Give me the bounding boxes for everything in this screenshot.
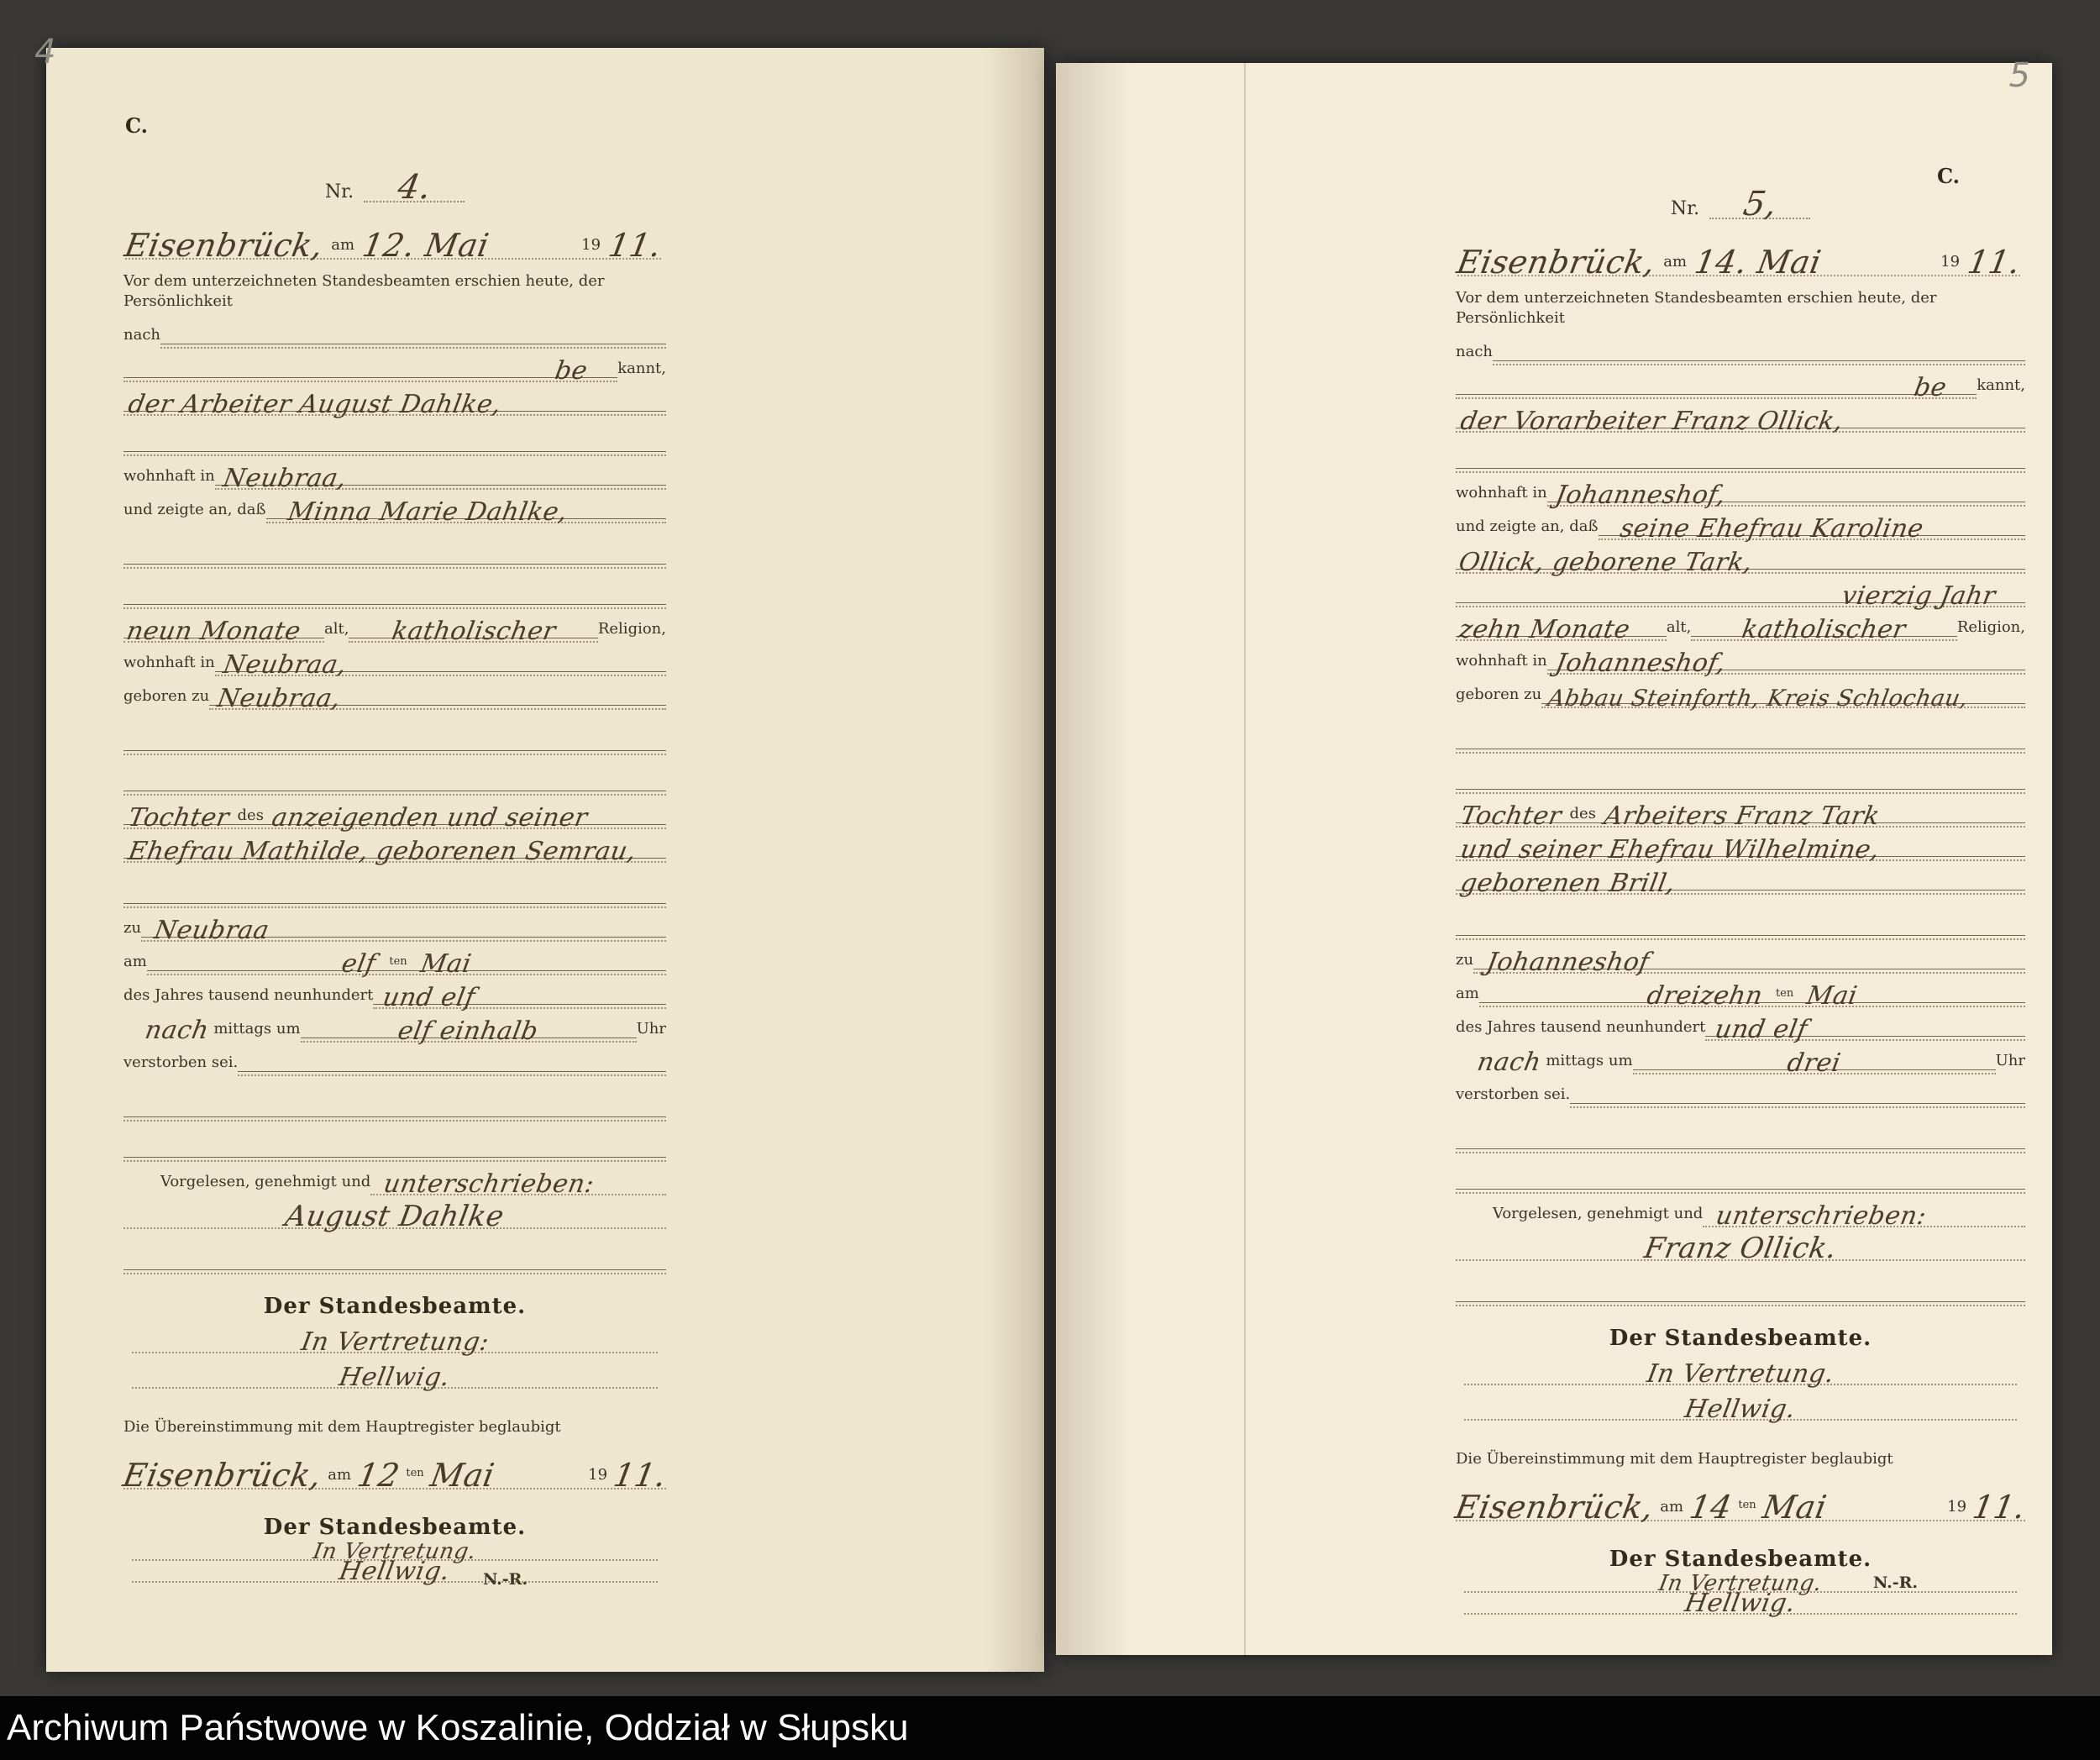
ruled-line-blank xyxy=(123,576,666,610)
record-number-row: Nr. 5, xyxy=(1456,172,2025,219)
record-number-row: Nr. 4. xyxy=(123,155,666,202)
standesbeamte-heading: Der Standesbeamte. xyxy=(123,1294,666,1319)
rule xyxy=(1456,1274,2025,1307)
form-line-nach: nach xyxy=(1456,333,2025,366)
ruled-line-blank xyxy=(1456,1274,2025,1307)
official-signature-row: Hellwig. xyxy=(1464,1386,2017,1421)
rule: Johanneshof, xyxy=(1547,474,2025,507)
zeigte-label: und zeigte an, daß xyxy=(1456,517,1599,541)
nach-label: nach xyxy=(1456,343,1493,366)
rule xyxy=(1456,1121,2025,1154)
geboren-label: geboren zu xyxy=(1456,686,1541,709)
handwritten-year: 11. xyxy=(606,229,664,261)
religion-label: Religion, xyxy=(1957,618,2025,642)
rule xyxy=(123,763,666,796)
cert-year: 11. xyxy=(612,1459,669,1491)
cert-ten-label: ten xyxy=(1738,1499,1756,1520)
mittags-label: mittags um xyxy=(1546,1052,1632,1075)
handwritten-year-words: und elf xyxy=(381,985,478,1011)
cert-place: Eisenbrück, xyxy=(1453,1491,1656,1523)
handwritten-death-time: drei xyxy=(1785,1051,1842,1076)
form-line-deceased: und zeigte an, daß Minna Marie Dahlke, xyxy=(123,491,666,524)
ruled-line-blank xyxy=(123,875,666,909)
handwritten-religion: katholischer xyxy=(390,619,558,644)
form-line-death-day: am dreizehn ten Mai xyxy=(1456,975,2025,1008)
rule xyxy=(123,536,666,570)
nach-label: nach xyxy=(123,326,160,349)
official-signature-row: Hellwig. xyxy=(132,1354,658,1390)
ruled-line-blank xyxy=(1456,1121,2025,1154)
rule: vierzig Jahr xyxy=(1456,575,2025,608)
form-line-residence: wohnhaft in Johanneshof, xyxy=(1456,474,2025,507)
rule xyxy=(123,722,666,756)
rule: In Vertretung: xyxy=(132,1319,658,1354)
rule: Franz Ollick. xyxy=(1456,1228,2025,1262)
form-line-residence2: wohnhaft in Johanneshof, xyxy=(1456,642,2025,675)
rule xyxy=(123,423,666,457)
ruled-line-blank xyxy=(123,1129,666,1163)
handwritten-unterschrieben: unterschrieben: xyxy=(1714,1204,1929,1229)
uhr-label: Uhr xyxy=(637,1020,666,1043)
form-line-death-time: nach mittags um drei Uhr xyxy=(1456,1042,2025,1075)
rule xyxy=(123,576,666,610)
rule: Neubraa, xyxy=(215,644,666,677)
declarant-signature: August Dahlke xyxy=(283,1202,507,1231)
alt-label: alt, xyxy=(1667,618,1691,642)
alt-label: alt, xyxy=(324,620,349,644)
rule: Hellwig. xyxy=(1464,1590,2017,1616)
handwritten-place: Eisenbrück, xyxy=(123,229,326,261)
handwritten-tochter: Tochter xyxy=(1458,804,1563,829)
rule xyxy=(160,316,666,349)
rule: August Dahlke xyxy=(123,1196,666,1230)
form-line-signature: August Dahlke xyxy=(123,1196,666,1230)
rule: In Vertretung. xyxy=(1464,1351,2017,1386)
handwritten-birthplace: Neubraa, xyxy=(216,686,343,712)
handwritten-parents2: und seiner Ehefrau Wilhelmine, xyxy=(1458,838,1881,863)
form-line-age-religion: neun Monate alt, katholischer Religion, xyxy=(123,610,666,644)
handwritten-birthplace: Abbau Steinforth, Kreis Schlochau, xyxy=(1546,687,1970,710)
rule xyxy=(123,1089,666,1122)
handwritten-date: 12. Mai xyxy=(360,229,491,261)
rule: der Vorarbeiter Franz Ollick, xyxy=(1456,400,2025,433)
rule: Hellwig. xyxy=(132,1558,658,1584)
form-line-birthplace: geboren zu Neubraa, xyxy=(123,677,666,711)
vorgelesen-label: Vorgelesen, genehmigt und xyxy=(1493,1205,1703,1228)
form-line-death-year: des Jahres tausend neunhundert und elf xyxy=(1456,1008,2025,1042)
cert-day: 14 xyxy=(1688,1491,1735,1523)
form-line-declarant: der Arbeiter August Dahlke, xyxy=(123,383,666,417)
certification-sentence: Die Übereinstimmung mit dem Hauptregiste… xyxy=(123,1418,666,1436)
handwritten-parents1: Arbeiters Franz Tark xyxy=(1602,804,1882,829)
ruled-line-blank xyxy=(1456,721,2025,754)
form-line-verstorben: verstorben sei. xyxy=(123,1043,666,1077)
verstorben-label: verstorben sei. xyxy=(123,1053,238,1077)
form-line-vorgelesen: Vorgelesen, genehmigt und unterschrieben… xyxy=(1456,1195,2025,1228)
handwritten-age: neun Monate xyxy=(124,619,302,644)
kannt-label: kannt, xyxy=(1977,376,2025,400)
handwritten-declarant: der Vorarbeiter Franz Ollick, xyxy=(1458,409,1845,434)
register-page-5: 5 C. Nr. 5, Eisenbrück, am 14. Mai 19 11… xyxy=(1056,63,2052,1655)
am-label: am xyxy=(331,236,354,258)
ruled-line-blank xyxy=(123,1089,666,1122)
rule: und elf xyxy=(1705,1008,2025,1042)
declarant-signature: Franz Ollick. xyxy=(1642,1234,1839,1263)
ruled-line-blank xyxy=(123,763,666,796)
wohnhaft-label: wohnhaft in xyxy=(1456,484,1547,507)
handwritten-age-years: vierzig Jahr xyxy=(1840,584,1998,609)
rule: be xyxy=(123,349,617,383)
rule: elf ten Mai xyxy=(147,943,666,976)
handwritten-residence2: Neubraa, xyxy=(221,653,348,678)
verstorben-label: verstorben sei. xyxy=(1456,1085,1570,1109)
rule: Neubraa xyxy=(141,909,666,943)
wohnhaft2-label: wohnhaft in xyxy=(1456,652,1547,675)
vorgelesen-label: Vorgelesen, genehmigt und xyxy=(160,1173,370,1196)
handwritten-death-month: Mai xyxy=(1805,984,1860,1009)
rule xyxy=(1456,721,2025,754)
rule: unterschrieben: xyxy=(370,1163,666,1196)
form-line-death-place: zu Johanneshof xyxy=(1456,941,2025,975)
handwritten-tochter: Tochter xyxy=(126,806,231,831)
intro-sentence: Vor dem unterzeichneten Standesbeamten e… xyxy=(123,271,666,313)
handwritten-parents3: geborenen Brill, xyxy=(1458,871,1677,896)
ruled-line-blank xyxy=(1456,440,2025,474)
nr-label: Nr. xyxy=(325,181,354,202)
register-page-4: 4 C. Nr. 4. Eisenbrück, am 12. Mai 19 11… xyxy=(46,48,1044,1672)
rule: Ollick, geborene Tark, xyxy=(1456,541,2025,575)
form-line-residence: wohnhaft in Neubraa, xyxy=(123,457,666,491)
ruled-line-blank xyxy=(1456,907,2025,941)
form-line-parents2: und seiner Ehefrau Wilhelmine, xyxy=(1456,828,2025,862)
rule: be xyxy=(1456,366,1977,400)
handwritten-death-place: Neubraa xyxy=(152,918,270,943)
handwritten-declarant: der Arbeiter August Dahlke, xyxy=(126,392,503,418)
handwritten-year-words: und elf xyxy=(1714,1017,1810,1043)
rule: Tochter des Arbeiters Franz Tark xyxy=(1456,795,2025,828)
nr-label: Nr. xyxy=(1671,198,1699,219)
rule: zehn Monate xyxy=(1456,608,1667,642)
rule xyxy=(1456,1161,2025,1195)
certification-sentence: Die Übereinstimmung mit dem Hauptregiste… xyxy=(1456,1450,2025,1468)
handwritten-nach: nach xyxy=(143,1018,211,1043)
form-line-death-time: nach mittags um elf einhalb Uhr xyxy=(123,1010,666,1043)
cert-place: Eisenbrück, xyxy=(121,1459,324,1491)
form-line-residence2: wohnhaft in Neubraa, xyxy=(123,644,666,677)
rule xyxy=(123,1129,666,1163)
official-signature: Hellwig. xyxy=(1683,1397,1798,1422)
rule xyxy=(1456,761,2025,795)
official-signature: Hellwig. xyxy=(338,1365,452,1390)
record-number-value: 4. xyxy=(395,171,433,204)
wohnhaft-label: wohnhaft in xyxy=(123,467,215,491)
form-line-death-year: des Jahres tausend neunhundert und elf xyxy=(123,976,666,1010)
handwritten-religion: katholischer xyxy=(1740,617,1908,643)
archive-name: Archiwum Państwowe w Koszalinie, Oddział… xyxy=(7,1707,909,1749)
cert-year: 11. xyxy=(1971,1491,2029,1523)
form-line-vorgelesen: Vorgelesen, genehmigt und unterschrieben… xyxy=(123,1163,666,1196)
handwritten-date: 14. Mai xyxy=(1693,246,1824,278)
rule: Hellwig. xyxy=(1464,1386,2017,1421)
handwritten-residence2: Johanneshof, xyxy=(1553,651,1727,676)
certification-date-row: Eisenbrück, am 14 ten Mai 19 11. xyxy=(1456,1468,2025,1521)
handwritten-death-day: dreizehn xyxy=(1645,984,1764,1009)
archive-watermark-bar: Archiwum Państwowe w Koszalinie, Oddział… xyxy=(0,1696,2100,1760)
rule: Johanneshof xyxy=(1473,941,2025,975)
standesbeamte-heading: Der Standesbeamte. xyxy=(1456,1326,2025,1351)
form-print-mark: N.-R. xyxy=(1873,1573,1918,1592)
rule: Tochter des anzeigenden und seiner xyxy=(123,796,666,830)
rule xyxy=(238,1043,666,1077)
ruled-line-blank xyxy=(1456,1161,2025,1195)
rule: elf einhalb xyxy=(301,1010,637,1043)
form-line-age-extra: vierzig Jahr xyxy=(1456,575,2025,608)
des-label: des xyxy=(238,806,264,830)
form-line-deceased-2: Ollick, geborene Tark, xyxy=(1456,541,2025,575)
rule: Minna Marie Dahlke, xyxy=(266,491,667,524)
year-prefix: 19 xyxy=(1940,253,1960,275)
cert-am-label: am xyxy=(328,1466,351,1488)
handwritten-deceased-name: Minna Marie Dahlke, xyxy=(286,500,569,525)
rule: dreizehn ten Mai xyxy=(1479,975,2025,1008)
des-label: des xyxy=(1570,805,1596,828)
handwritten-death-place: Johanneshof xyxy=(1484,950,1651,975)
handwritten-parents2: Ehefrau Mathilde, geborenen Semrau, xyxy=(126,839,638,864)
ruled-line-blank xyxy=(123,1242,666,1275)
form-print-mark: N.-R. xyxy=(483,1570,528,1589)
rule: der Arbeiter August Dahlke, xyxy=(123,383,666,417)
handwritten-deceased-name: seine Ehefrau Karoline xyxy=(1618,517,1925,542)
mittags-label: mittags um xyxy=(213,1020,300,1043)
year-prefix: 19 xyxy=(581,236,601,258)
pencil-page-number: 4 xyxy=(34,33,55,71)
rule: und seiner Ehefrau Wilhelmine, xyxy=(1456,828,2025,862)
form-line-parents1: Tochter des anzeigenden und seiner xyxy=(123,796,666,830)
form-line-death-place: zu Neubraa xyxy=(123,909,666,943)
uhr-label: Uhr xyxy=(1996,1052,2025,1075)
geboren-label: geboren zu xyxy=(123,687,209,711)
handwritten-be: be xyxy=(554,359,590,384)
official-signature-row-2: Hellwig. xyxy=(1464,1590,2017,1616)
handwritten-place: Eisenbrück, xyxy=(1455,246,1658,278)
ten-label: ten xyxy=(389,955,407,976)
handwritten-residence: Neubraa, xyxy=(221,466,348,491)
rule: Hellwig. xyxy=(132,1354,658,1390)
cert-am-label: am xyxy=(1660,1498,1683,1520)
rule: katholischer xyxy=(349,610,597,644)
am-label: am xyxy=(1663,253,1687,275)
rule xyxy=(1456,907,2025,941)
handwritten-parents1: anzeigenden und seiner xyxy=(270,806,589,831)
handwritten-nach: nach xyxy=(1475,1050,1543,1075)
rule: Neubraa, xyxy=(209,677,666,711)
ruled-line-blank xyxy=(123,423,666,457)
record-number-underline: 4. xyxy=(364,171,465,202)
rule xyxy=(1493,333,2025,366)
handwritten-deceased-name-2: Ollick, geborene Tark, xyxy=(1457,550,1754,575)
rule: Johanneshof, xyxy=(1547,642,2025,675)
rule xyxy=(1570,1075,2025,1109)
handwritten-death-day: elf xyxy=(340,952,378,977)
form-line-parents1: Tochter des Arbeiters Franz Tark xyxy=(1456,795,2025,828)
jahres-label: des Jahres tausend neunhundert xyxy=(1456,1018,1705,1042)
rule: katholischer xyxy=(1691,608,1957,642)
handwritten-unterschrieben: unterschrieben: xyxy=(382,1172,596,1197)
record-number-underline: 5, xyxy=(1709,187,1810,219)
jahres-label: des Jahres tausend neunhundert xyxy=(123,986,373,1010)
vertretung-row: In Vertretung. xyxy=(1464,1351,2017,1386)
form-line-death-day: am elf ten Mai xyxy=(123,943,666,976)
ruled-line-blank xyxy=(123,722,666,756)
kannt-label: kannt, xyxy=(617,360,666,383)
handwritten-residence: Johanneshof, xyxy=(1553,483,1727,508)
intro-sentence: Vor dem unterzeichneten Standesbeamten e… xyxy=(1456,288,2025,329)
rule: drei xyxy=(1633,1042,1996,1075)
handwritten-death-time: elf einhalb xyxy=(396,1019,540,1044)
ruled-line-blank xyxy=(123,536,666,570)
form-line-nach: nach xyxy=(123,316,666,349)
vertretung-row: In Vertretung: xyxy=(132,1319,658,1354)
rule: Neubraa, xyxy=(215,457,666,491)
zeigte-label: und zeigte an, daß xyxy=(123,501,266,524)
form-line-verstorben: verstorben sei. xyxy=(1456,1075,2025,1109)
cert-day: 12 xyxy=(355,1459,402,1491)
rule: geborenen Brill, xyxy=(1456,862,2025,896)
rule: unterschrieben: xyxy=(1703,1195,2025,1228)
am2-label: am xyxy=(1456,985,1479,1008)
zu-label: zu xyxy=(123,919,141,943)
record-number-value: 5, xyxy=(1740,187,1779,221)
form-line-declarant: der Vorarbeiter Franz Ollick, xyxy=(1456,400,2025,433)
handwritten-vertretung: In Vertretung. xyxy=(1645,1362,1836,1387)
certification-date-row: Eisenbrück, am 12 ten Mai 19 11. xyxy=(123,1436,666,1489)
rule: Abbau Steinforth, Kreis Schlochau, xyxy=(1541,675,2025,709)
rule: seine Ehefrau Karoline xyxy=(1599,507,2026,541)
place-date-row: Eisenbrück, am 12. Mai 19 11. xyxy=(125,204,661,260)
form-line-bekannt: be kannt, xyxy=(123,349,666,383)
official-signature-row-2: Hellwig. xyxy=(132,1558,658,1584)
rule: und elf xyxy=(373,976,666,1010)
form-line-parents2: Ehefrau Mathilde, geborenen Semrau, xyxy=(123,830,666,864)
handwritten-death-month: Mai xyxy=(418,952,473,977)
cert-month: Mai xyxy=(1760,1491,1829,1523)
cert-year-prefix: 19 xyxy=(588,1466,607,1488)
form-line-bekannt: be kannt, xyxy=(1456,366,2025,400)
rule: Ehefrau Mathilde, geborenen Semrau, xyxy=(123,830,666,864)
form-line-deceased: und zeigte an, daß seine Ehefrau Karolin… xyxy=(1456,507,2025,541)
form-line-birthplace: geboren zu Abbau Steinforth, Kreis Schlo… xyxy=(1456,675,2025,709)
cert-month: Mai xyxy=(428,1459,496,1491)
form-line-parents3: geborenen Brill, xyxy=(1456,862,2025,896)
cert-ten-label: ten xyxy=(406,1467,423,1488)
official-signature-2: Hellwig. xyxy=(338,1559,452,1584)
handwritten-be: be xyxy=(1913,376,1949,401)
handwritten-vertretung: In Vertretung: xyxy=(299,1330,491,1355)
handwritten-year: 11. xyxy=(1966,246,2024,278)
am2-label: am xyxy=(123,953,147,976)
cert-year-prefix: 19 xyxy=(1947,1498,1966,1520)
handwritten-age: zehn Monate xyxy=(1457,617,1631,643)
rule xyxy=(1456,440,2025,474)
rule xyxy=(123,1242,666,1275)
ten-label: ten xyxy=(1776,987,1793,1008)
ruled-line-blank xyxy=(1456,761,2025,795)
rule: neun Monate xyxy=(123,610,324,644)
official-signature-2: Hellwig. xyxy=(1683,1591,1798,1616)
religion-label: Religion, xyxy=(598,620,666,644)
place-date-row: Eisenbrück, am 14. Mai 19 11. xyxy=(1457,221,2020,276)
wohnhaft2-label: wohnhaft in xyxy=(123,654,215,677)
rule xyxy=(123,875,666,909)
form-line-signature: Franz Ollick. xyxy=(1456,1228,2025,1262)
zu-label: zu xyxy=(1456,951,1473,975)
form-line-age-religion: zehn Monate alt, katholischer Religion, xyxy=(1456,608,2025,642)
